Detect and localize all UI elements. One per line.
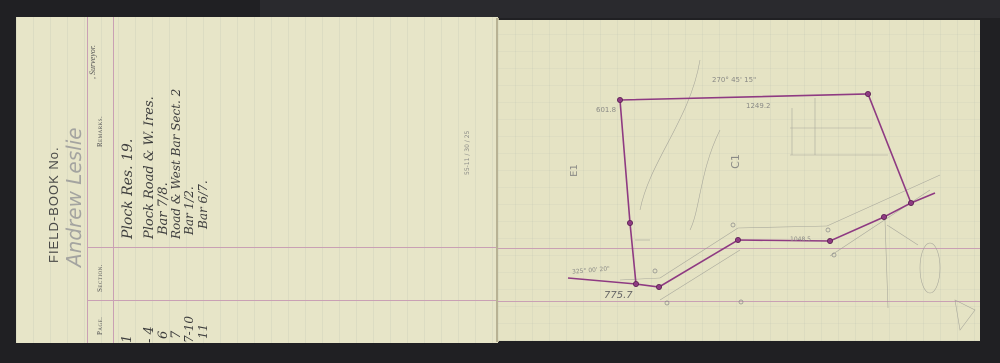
annotation-e1: E1 [569,164,580,177]
annotation-bottom-length: 775.7 [604,290,633,301]
survey-sketch [0,0,1000,363]
pencil-construction-lines [620,60,975,330]
annotation-c1: C1 [729,154,742,169]
annotation-left-calc: 601.8 [596,106,616,114]
annotation-segment-length: 1048.5 [790,236,811,243]
survey-stations [617,91,913,289]
boundary-polygon [568,94,935,287]
annotation-top-bearing: 270° 45' 15" [712,76,756,84]
annotation-top-length: 1249.2 [746,102,771,110]
